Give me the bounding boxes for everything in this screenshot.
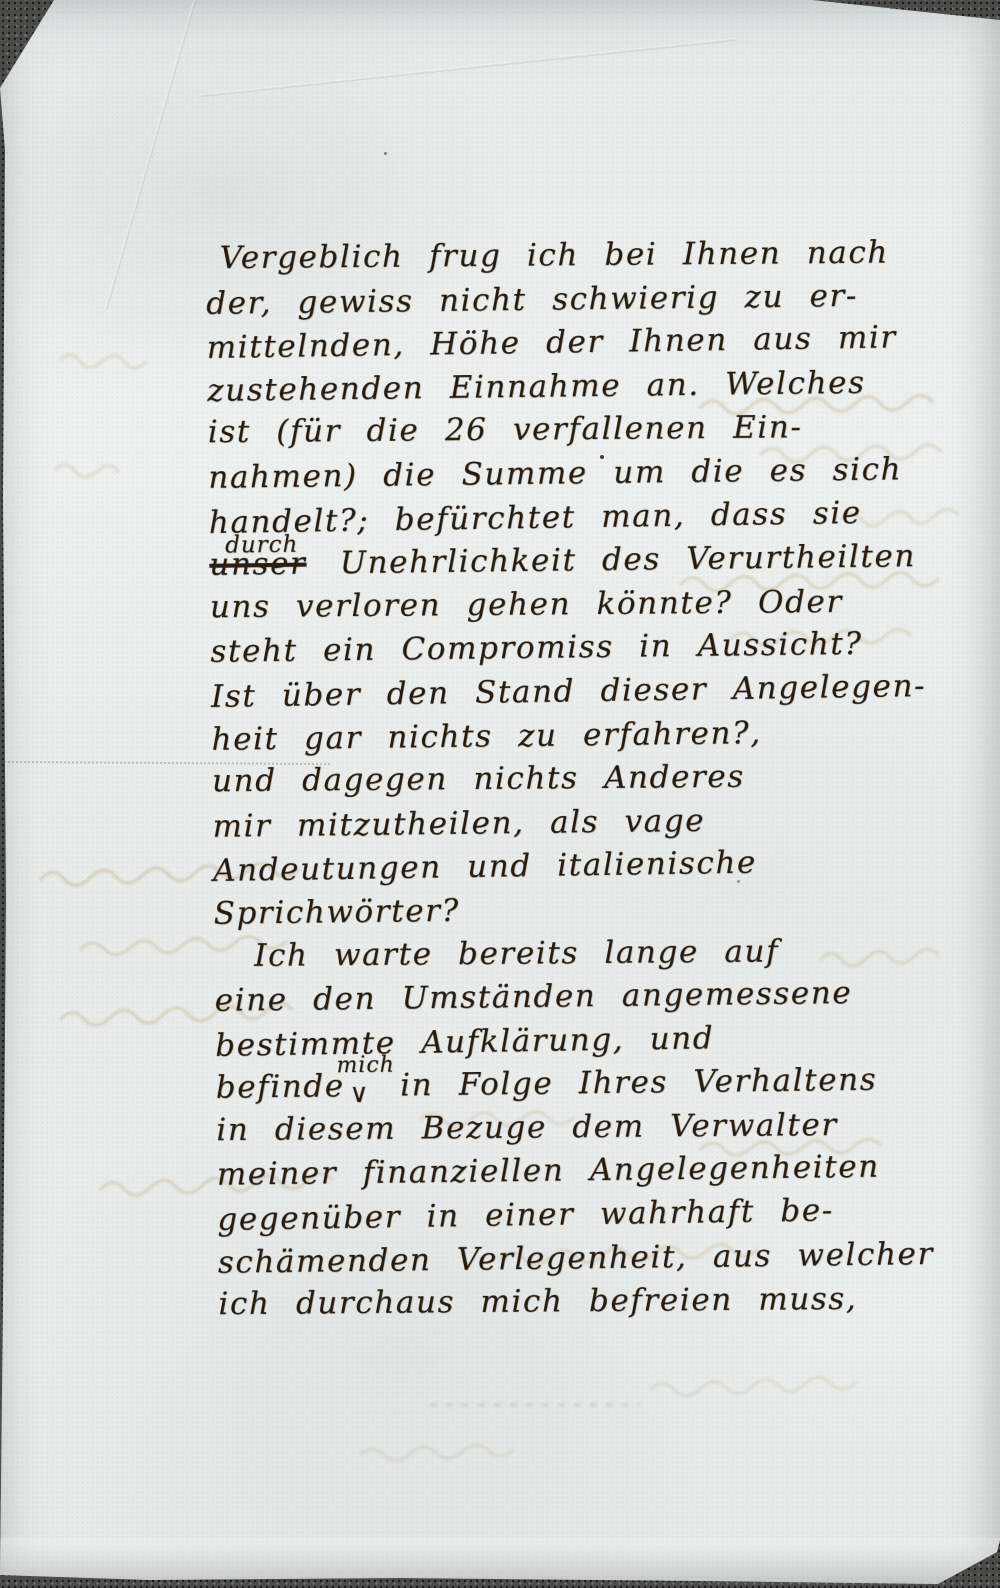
letter-line: ich durchaus mich befreien muss, [218, 1277, 990, 1327]
line-text: Unehrlichkeit des Verurtheilten [340, 538, 917, 581]
line-text: befinde [216, 1068, 345, 1106]
photo-of-letter: Vergeblich frug ich bei Ihnen nach der, … [0, 0, 1000, 1588]
fold-crease-bottom [0, 1538, 1000, 1584]
inserted-word-above: durch [225, 524, 299, 568]
caret-mark: ∨ [349, 1079, 370, 1109]
fold-crease-top [199, 38, 736, 97]
ink-speck [384, 152, 387, 155]
insertion-group: mich∨ [344, 1065, 375, 1109]
letter-line: in diesem Bezuge dem Verwalter [216, 1103, 988, 1153]
letter-line: Vergeblich frug ich bei Ihnen nach [205, 231, 977, 281]
letter-body-text: Vergeblich frug ich bei Ihnen nach der, … [205, 229, 990, 1328]
letter-line: und dagegen nichts Anderes [212, 754, 984, 804]
fold-crease-left [105, 0, 199, 310]
line-text: in Folge Ihres Verhaltens [400, 1062, 877, 1104]
letter-line: ist (für die 26 verfallenen Ein- [208, 405, 980, 455]
letter-line-paragraph-start: Ich warte bereits lange auf [214, 928, 986, 978]
correction-group: durch unser [209, 543, 307, 588]
letter-line: uns verloren gehen könnte? Oder [210, 580, 982, 630]
letter-page: Vergeblich frug ich bei Ihnen nach der, … [0, 0, 1000, 1588]
